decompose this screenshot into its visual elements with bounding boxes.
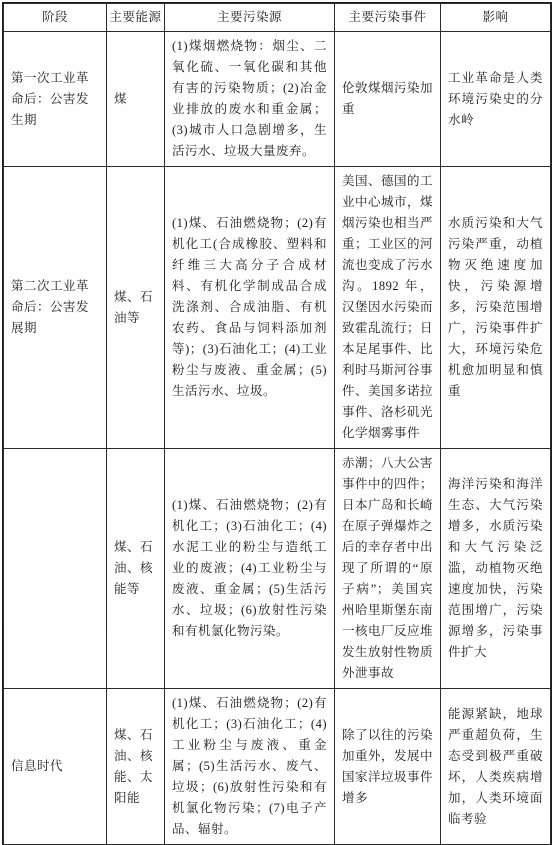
table-row: 第二次工业革命后：公害发展期 煤、石油等 (1)煤、石油燃烧物；(2)有机化工(… [4,167,551,449]
cell-event: 伦敦煤烟污染加重 [335,32,441,167]
cell-source: (1)煤烟燃烧物：烟尘、二氧化硫、一氧化碳和其他有害的污染物质；(2)冶金业排放… [165,32,335,167]
cell-impact: 水质污染和大气污染严重，动植物灭绝速度加快，污染源增多，污染范围增广，污染事件扩… [441,167,551,449]
scanned-page: 阶段 主要能源 主要污染源 主要污染事件 影响 第一次工业革命后：公害发生期 煤… [0,0,554,626]
cell-energy: 煤、石油等 [107,167,165,449]
table-row: 信息时代 煤、石油、核能、太阳能 (1)煤、石油燃烧物；(2)有机化工；(3)石… [4,689,551,845]
table-body: 第一次工业革命后：公害发生期 煤 (1)煤烟燃烧物：烟尘、二氧化硫、一氧化碳和其… [4,32,551,845]
table-header: 阶段 主要能源 主要污染源 主要污染事件 影响 [4,4,551,32]
cell-event: 美国、德国的工业中心城市，煤烟污染也相当严重；工业区的河流也变成了污水沟。189… [335,167,441,449]
header-row: 阶段 主要能源 主要污染源 主要污染事件 影响 [4,4,551,32]
cell-impact: 海洋污染和海洋生态、大气污染增多，水质污染和大气污染泛滥，动植物灭绝速度加快，污… [441,449,551,689]
cell-stage: 第二次工业革命后：公害发展期 [4,167,107,449]
cell-energy: 煤 [107,32,165,167]
header-stage: 阶段 [4,4,107,32]
table-row: 煤、石油、核能等 (1)煤、石油燃烧物；(2)有机化工；(3)石油化工；(4)水… [4,449,551,689]
header-energy: 主要能源 [107,4,165,32]
cell-stage: 第一次工业革命后：公害发生期 [4,32,107,167]
cell-stage: 信息时代 [4,689,107,845]
cell-source: (1)煤、石油燃烧物；(2)有机化工；(3)石油化工；(4)工业粉尘与废液、重金… [165,689,335,845]
cell-source: (1)煤、石油燃烧物；(2)有机化工；(3)石油化工；(4)水泥工业的粉尘与造纸… [165,449,335,689]
header-event: 主要污染事件 [335,4,441,32]
cell-energy: 煤、石油、核能等 [107,449,165,689]
cell-source: (1)煤、石油燃烧物；(2)有机化工(合成橡胶、塑料和纤维三大高分子合成材料、有… [165,167,335,449]
table-row: 第一次工业革命后：公害发生期 煤 (1)煤烟燃烧物：烟尘、二氧化硫、一氧化碳和其… [4,32,551,167]
cell-impact: 工业革命是人类环境污染史的分水岭 [441,32,551,167]
cell-energy: 煤、石油、核能、太阳能 [107,689,165,845]
cell-event: 除了以往的污染加重外，发展中国家洋垃圾事件增多 [335,689,441,845]
pollution-stages-table: 阶段 主要能源 主要污染源 主要污染事件 影响 第一次工业革命后：公害发生期 煤… [3,3,551,845]
cell-impact: 能源紧缺，地球严重超负荷，生态受到极严重破坏，人类疾病增加，人类环境面临考验 [441,689,551,845]
header-source: 主要污染源 [165,4,335,32]
cell-event: 赤潮；八大公害事件中的四件；日本广岛和长崎在原子弹爆炸之后的幸存者中出现了所谓的… [335,449,441,689]
cell-stage [4,449,107,689]
header-impact: 影响 [441,4,551,32]
